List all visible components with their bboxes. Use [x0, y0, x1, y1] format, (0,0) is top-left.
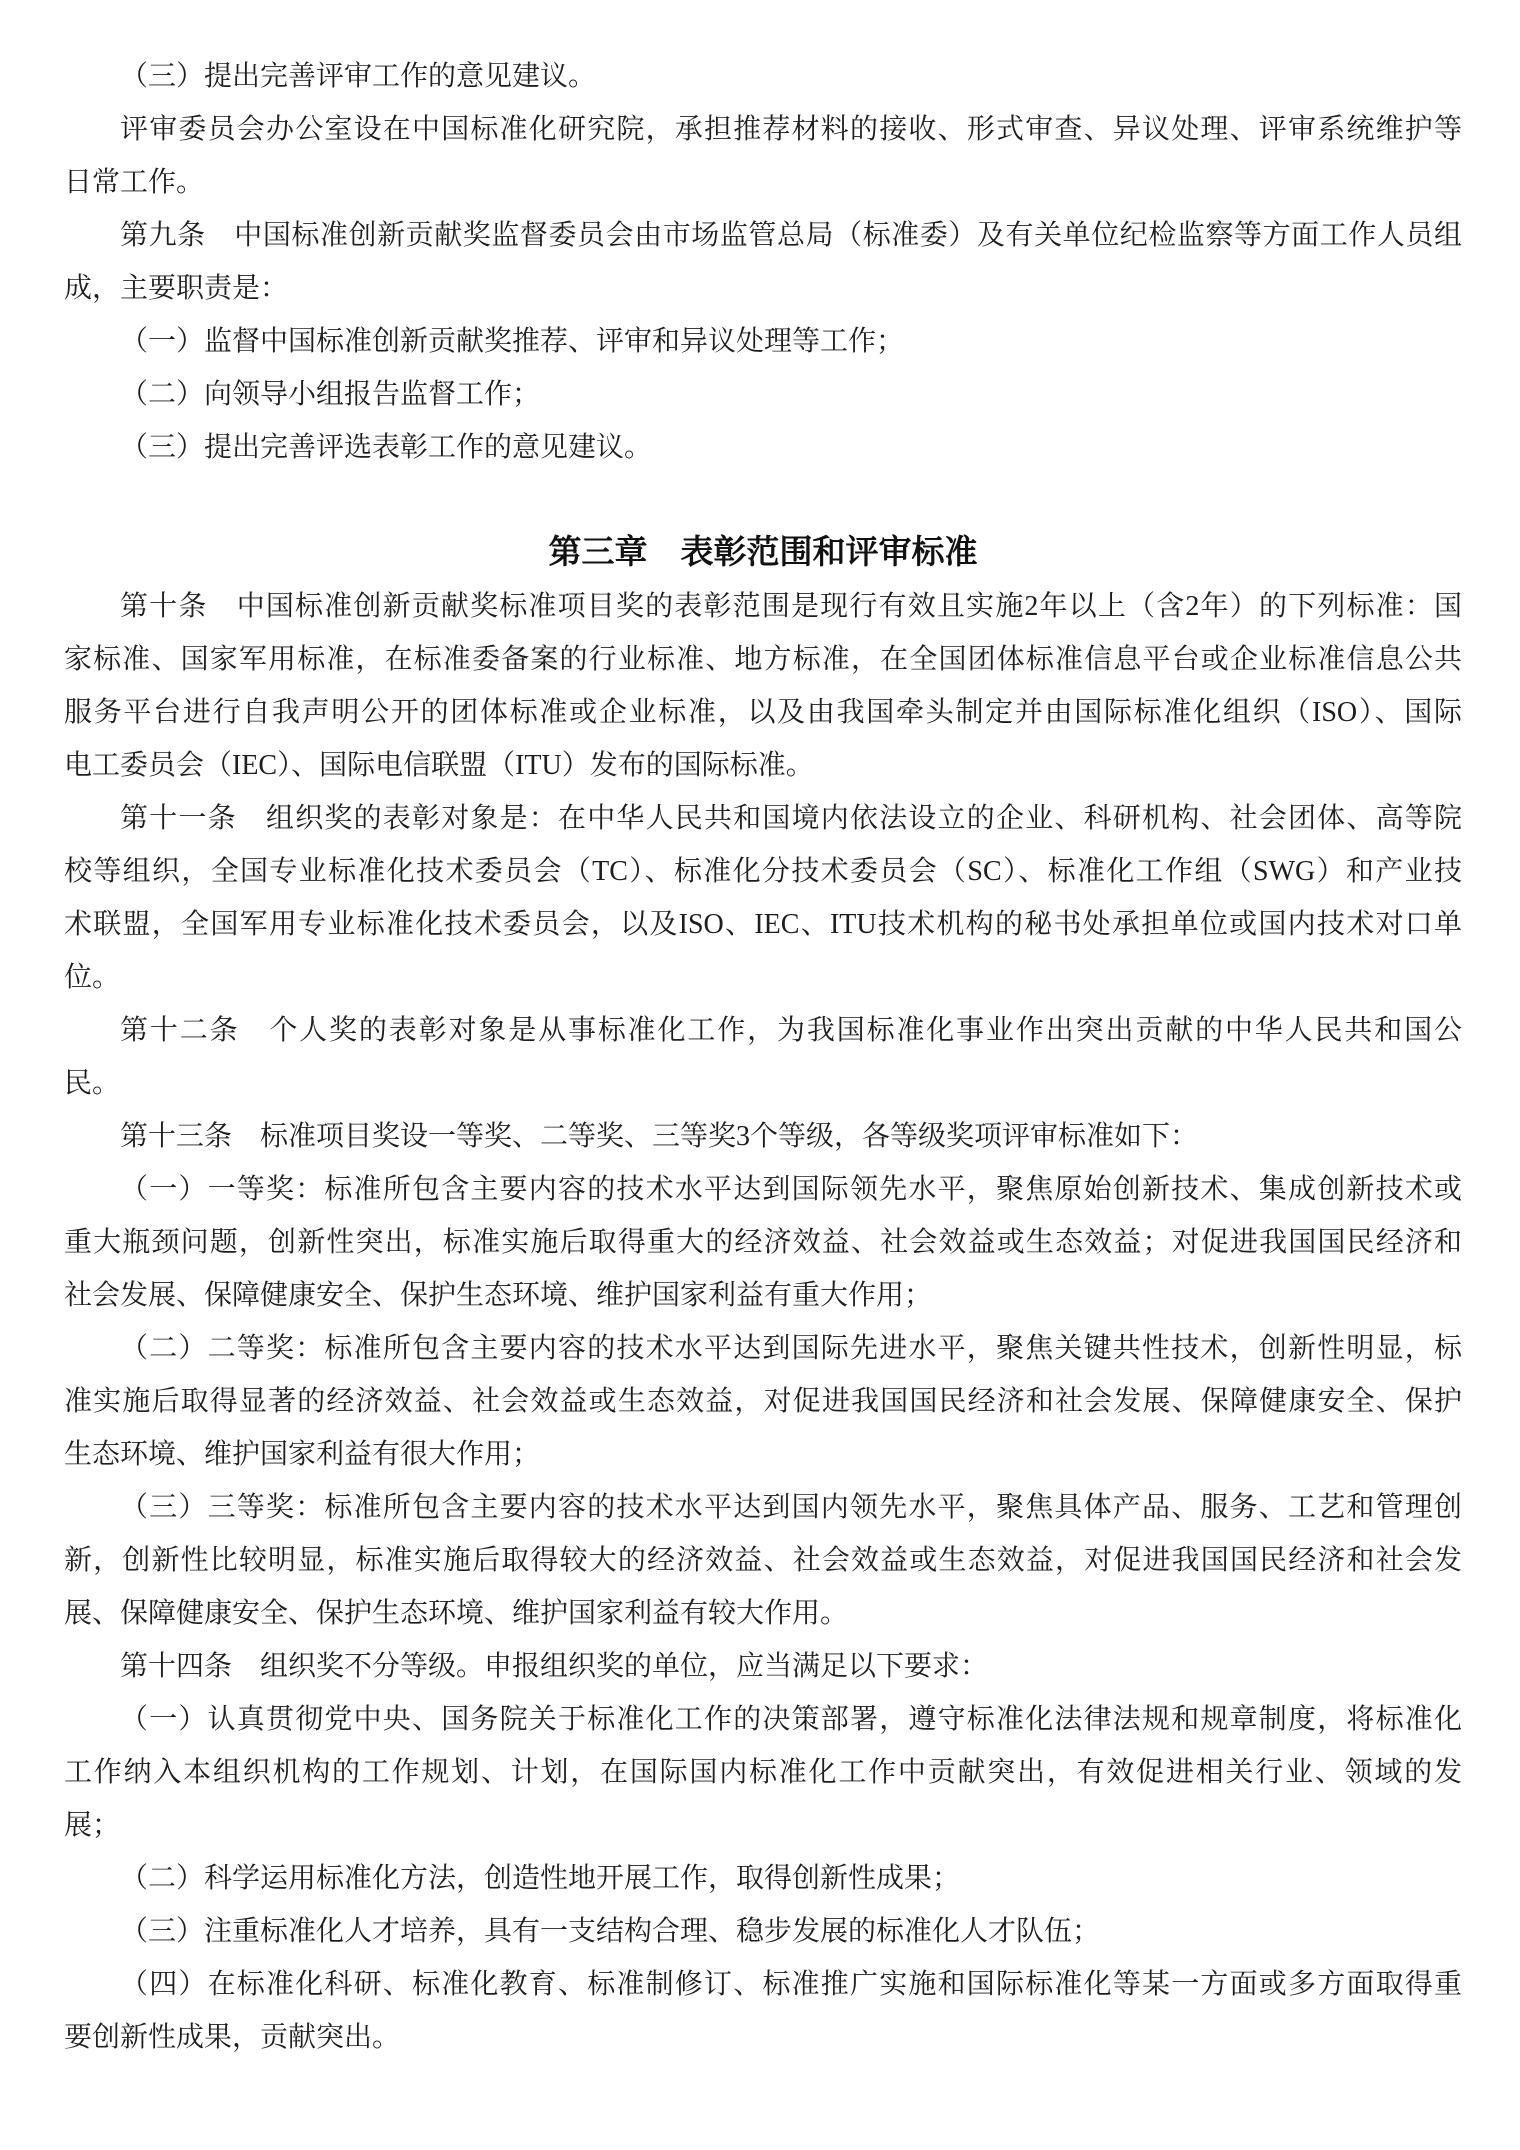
text-line: （三）提出完善评审工作的意见建议。: [64, 50, 1462, 103]
text-line: （二）向领导小组报告监督工作；: [64, 368, 1462, 421]
text-line: 电工委员会（IEC）、国际电信联盟（ITU）发布的国际标准。: [64, 739, 1462, 792]
text-line: 第十二条 个人奖的表彰对象是从事标准化工作，为我国标准化事业作出突出贡献的中华人…: [64, 1004, 1462, 1057]
text-line: （一）监督中国标准创新贡献奖推荐、评审和异议处理等工作；: [64, 315, 1462, 368]
text-line: 日常工作。: [64, 156, 1462, 209]
text-line: 工作纳入本组织机构的工作规划、计划，在国际国内标准化工作中贡献突出，有效促进相关…: [64, 1746, 1462, 1799]
text-line: 家标准、国家军用标准，在标准委备案的行业标准、地方标准，在全国团体标准信息平台或…: [64, 633, 1462, 686]
text-line: （二）二等奖：标准所包含主要内容的技术水平达到国际先进水平，聚焦关键共性技术，创…: [64, 1322, 1462, 1375]
document-page: （三）提出完善评审工作的意见建议。评审委员会办公室设在中国标准化研究院，承担推荐…: [0, 0, 1520, 2150]
text-line: 第十三条 标准项目奖设一等奖、二等奖、三等奖3个等级，各等级奖项评审标准如下：: [64, 1110, 1462, 1163]
text-line: （三）三等奖：标准所包含主要内容的技术水平达到国内领先水平，聚焦具体产品、服务、…: [64, 1481, 1462, 1534]
text-line: （一）一等奖：标准所包含主要内容的技术水平达到国际领先水平，聚焦原始创新技术、集…: [64, 1163, 1462, 1216]
text-line: 生态环境、维护国家利益有很大作用；: [64, 1428, 1462, 1481]
text-line: 重大瓶颈问题，创新性突出，标准实施后取得重大的经济效益、社会效益或生态效益；对促…: [64, 1216, 1462, 1269]
text-line: （二）科学运用标准化方法，创造性地开展工作，取得创新性成果；: [64, 1852, 1462, 1905]
text-line: 要创新性成果，贡献突出。: [64, 2011, 1462, 2064]
chapter-heading: 第三章 表彰范围和评审标准: [64, 527, 1462, 580]
text-line: 位。: [64, 951, 1462, 1004]
text-line: （四）在标准化科研、标准化教育、标准制修订、标准推广实施和国际标准化等某一方面或…: [64, 1958, 1462, 2011]
text-line: 第九条 中国标准创新贡献奖监督委员会由市场监管总局（标准委）及有关单位纪检监察等…: [64, 209, 1462, 262]
text-line: 评审委员会办公室设在中国标准化研究院，承担推荐材料的接收、形式审查、异议处理、评…: [64, 103, 1462, 156]
blank-line: [64, 474, 1462, 527]
text-line: 新，创新性比较明显，标准实施后取得较大的经济效益、社会效益或生态效益，对促进我国…: [64, 1534, 1462, 1587]
text-line: 成，主要职责是：: [64, 262, 1462, 315]
text-line: （三）提出完善评选表彰工作的意见建议。: [64, 421, 1462, 474]
text-line: 展、保障健康安全、保护生态环境、维护国家利益有较大作用。: [64, 1587, 1462, 1640]
text-line: 服务平台进行自我声明公开的团体标准或企业标准，以及由我国牵头制定并由国际标准化组…: [64, 686, 1462, 739]
text-line: 民。: [64, 1057, 1462, 1110]
text-line: 准实施后取得显著的经济效益、社会效益或生态效益，对促进我国国民经济和社会发展、保…: [64, 1375, 1462, 1428]
text-line: 第十四条 组织奖不分等级。申报组织奖的单位，应当满足以下要求：: [64, 1640, 1462, 1693]
text-line: 社会发展、保障健康安全、保护生态环境、维护国家利益有重大作用；: [64, 1269, 1462, 1322]
text-line: 校等组织，全国专业标准化技术委员会（TC）、标准化分技术委员会（SC）、标准化工…: [64, 845, 1462, 898]
text-line: （一）认真贯彻党中央、国务院关于标准化工作的决策部署，遵守标准化法律法规和规章制…: [64, 1693, 1462, 1746]
text-line: 术联盟，全国军用专业标准化技术委员会，以及ISO、IEC、ITU技术机构的秘书处…: [64, 898, 1462, 951]
text-line: 展；: [64, 1799, 1462, 1852]
text-line: （三）注重标准化人才培养，具有一支结构合理、稳步发展的标准化人才队伍；: [64, 1905, 1462, 1958]
text-line: 第十条 中国标准创新贡献奖标准项目奖的表彰范围是现行有效且实施2年以上（含2年）…: [64, 580, 1462, 633]
text-line: 第十一条 组织奖的表彰对象是：在中华人民共和国境内依法设立的企业、科研机构、社会…: [64, 792, 1462, 845]
document-content: （三）提出完善评审工作的意见建议。评审委员会办公室设在中国标准化研究院，承担推荐…: [0, 0, 1520, 2064]
